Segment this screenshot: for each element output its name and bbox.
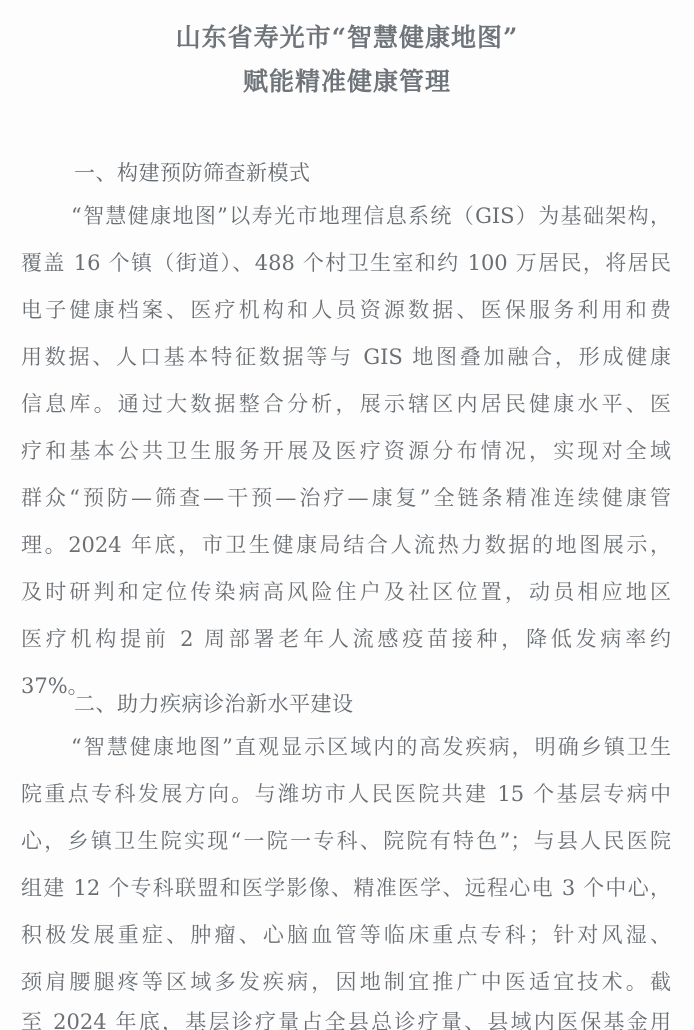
document-title-line-2: 赋能精准健康管理 [0, 62, 694, 98]
paragraph-line: 组建 12 个专科联盟和医学影像、精准医学、远程心电 3 个中心， [21, 874, 671, 902]
paragraph-line: 覆盖 16 个镇（街道）、488 个村卫生室和约 100 万居民，将居民 [21, 249, 671, 277]
paragraph-line: 群众“预防—筛查—干预—治疗—康复”全链条精准连续健康管 [21, 484, 671, 512]
paragraph-line: 信息库。通过大数据整合分析，展示辖区内居民健康水平、医 [21, 390, 671, 418]
paragraph-line: “智慧健康地图”直观显示区域内的高发疾病，明确乡镇卫生 [71, 733, 671, 761]
paragraph-line: 电子健康档案、医疗机构和人员资源数据、医保服务利用和费 [21, 296, 671, 324]
paragraph-line: 理。2024 年底，市卫生健康局结合人流热力数据的地图展示， [21, 531, 671, 559]
paragraph-line: 疗和基本公共卫生服务开展及医疗资源分布情况，实现对全域 [21, 437, 671, 465]
section-2-heading: 二、助力疾病诊治新水平建设 [74, 688, 354, 718]
paragraph-line: 至 2024 年底，基层诊疗量占全县总诊疗量、县域内医保基金用 [21, 1008, 671, 1030]
paragraph-line: 积极发展重症、肿瘤、心脑血管等临床重点专科；针对风湿、 [21, 921, 671, 949]
paragraph-line: 院重点专科发展方向。与潍坊市人民医院共建 15 个基层专病中 [21, 780, 671, 808]
document-page: 山东省寿光市“智慧健康地图” 赋能精准健康管理 一、构建预防筛查新模式 “智慧健… [0, 0, 694, 1030]
paragraph-line: “智慧健康地图”以寿光市地理信息系统（GIS）为基础架构， [71, 202, 671, 230]
paragraph-line: 医疗机构提前 2 周部署老年人流感疫苗接种，降低发病率约 [21, 625, 671, 653]
paragraph-line: 及时研判和定位传染病高风险住户及社区位置，动员相应地区 [21, 578, 671, 606]
document-title-line-1: 山东省寿光市“智慧健康地图” [0, 18, 694, 54]
paragraph-line: 用数据、人口基本特征数据等与 GIS 地图叠加融合，形成健康 [21, 343, 671, 371]
paragraph-line: 颈肩腰腿疼等区域多发疾病，因地制宜推广中医适宜技术。截 [21, 968, 671, 996]
paragraph-line: 心，乡镇卫生院实现“一院一专科、院院有特色”；与县人民医院 [21, 827, 671, 855]
section-1-heading: 一、构建预防筛查新模式 [74, 157, 311, 187]
